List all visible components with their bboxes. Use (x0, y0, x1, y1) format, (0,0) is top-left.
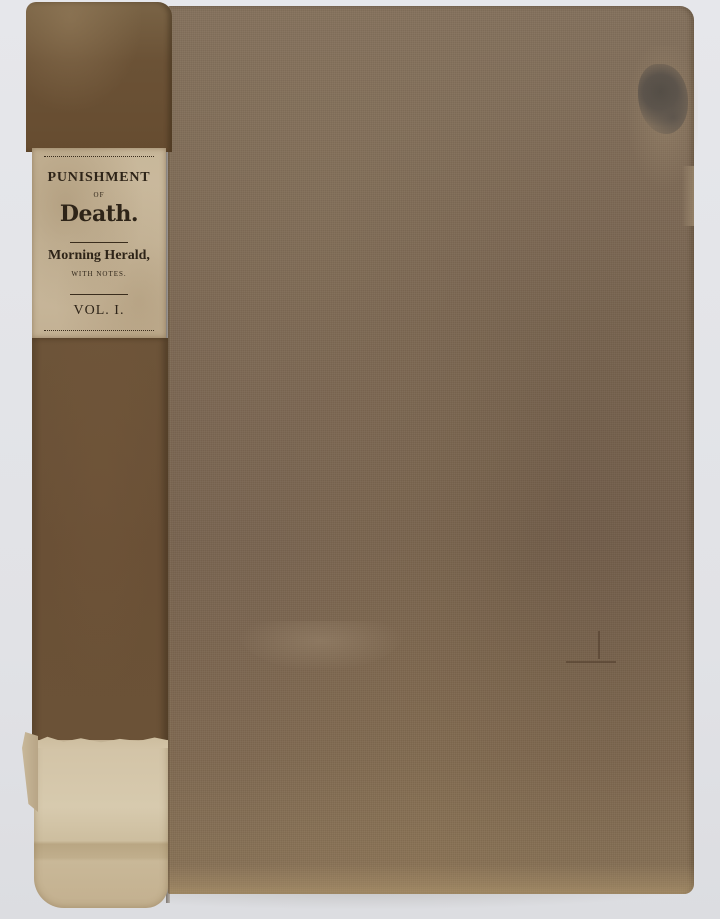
spine-head (26, 2, 172, 152)
label-death: Death. (32, 201, 166, 227)
spine-label: PUNISHMENT OF Death. Morning Herald, WIT… (32, 148, 166, 338)
label-of: OF (32, 191, 166, 199)
label-notes: WITH NOTES. (32, 270, 166, 278)
edge-wear (682, 166, 694, 226)
pencil-mark (566, 631, 616, 663)
label-divider-2 (70, 294, 128, 295)
book-spine: PUNISHMENT OF Death. Morning Herald, WIT… (26, 2, 172, 907)
label-top-rule (44, 156, 154, 157)
spine-tail-paper (34, 740, 168, 908)
label-divider-1 (70, 242, 128, 243)
bottom-edge-wear (168, 864, 694, 894)
spine-body (32, 338, 168, 750)
label-bottom-rule (44, 330, 154, 331)
label-title: PUNISHMENT (32, 170, 166, 186)
label-herald: Morning Herald, (32, 248, 166, 264)
label-volume: VOL. I. (32, 303, 166, 319)
front-cover (168, 6, 694, 894)
cloth-texture (168, 6, 694, 894)
cover-scuff (236, 621, 406, 671)
